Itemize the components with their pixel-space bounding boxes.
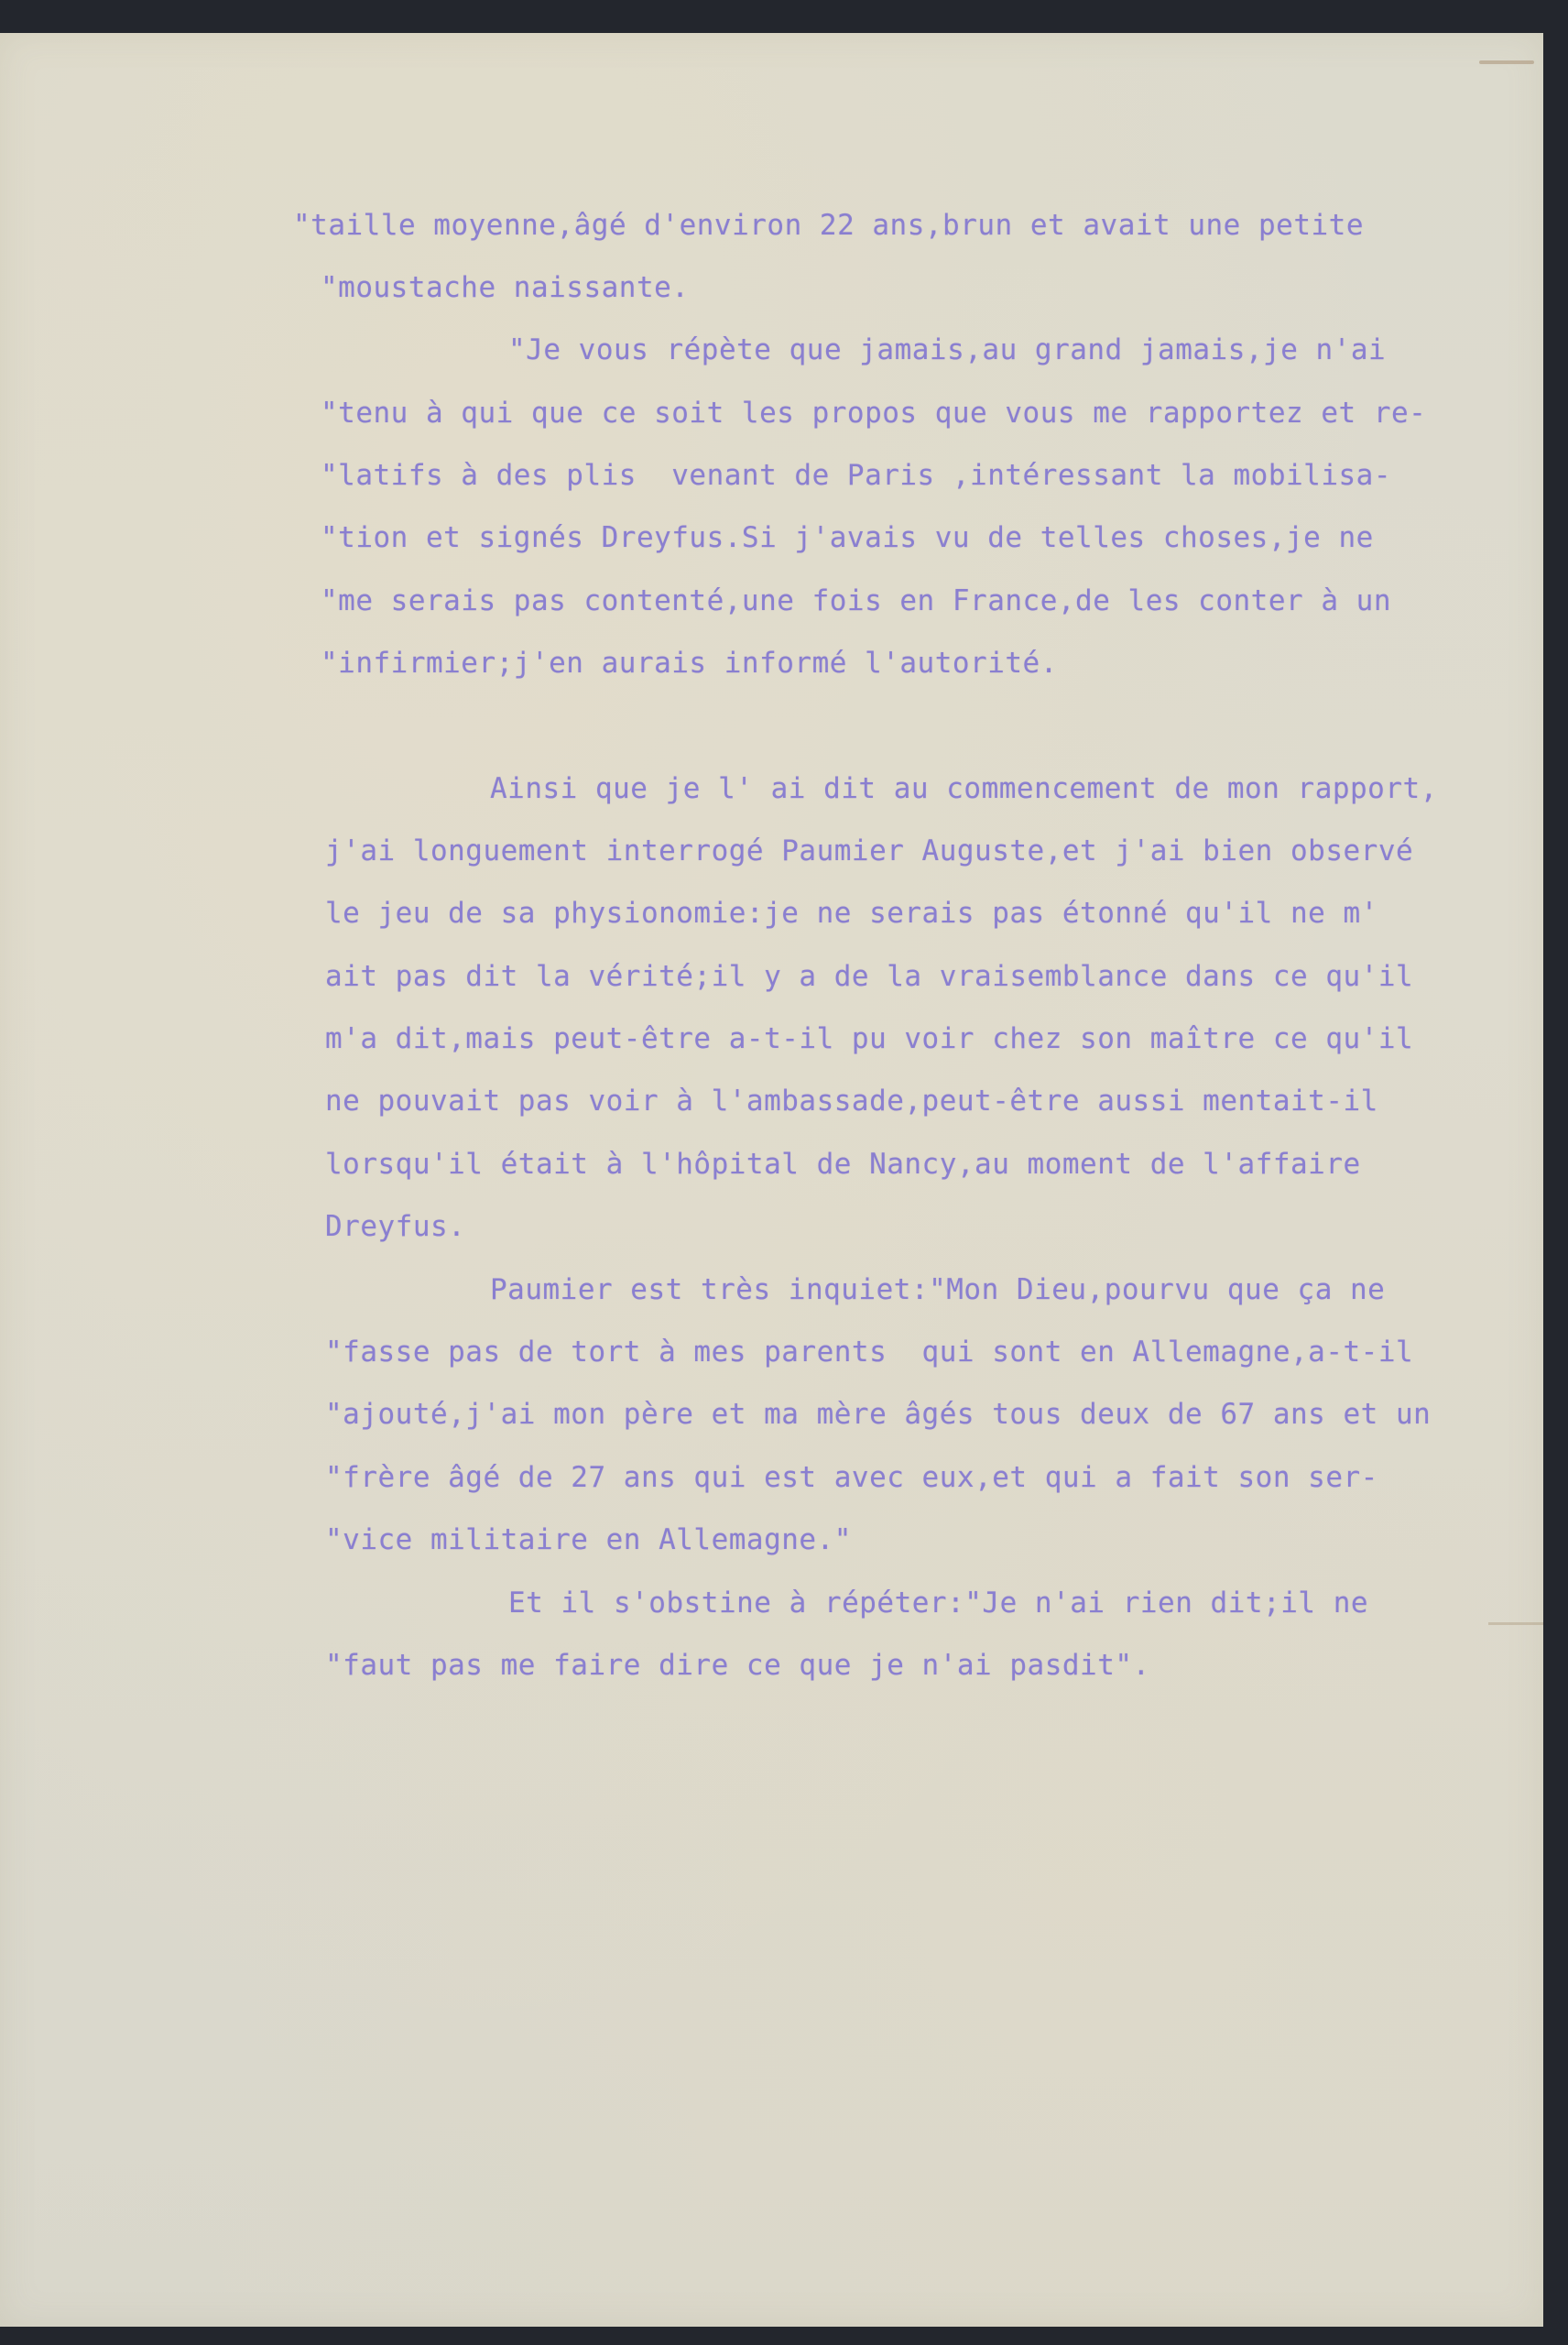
text-line: "Je vous répète que jamais,au grand jama… bbox=[508, 332, 1386, 368]
text-line: "ajouté,j'ai mon père et ma mère âgés to… bbox=[325, 1396, 1431, 1433]
text-line: Ainsi que je l' ai dit au commencement d… bbox=[490, 770, 1438, 807]
text-line: le jeu de sa physionomie:je ne serais pa… bbox=[325, 895, 1378, 932]
text-line: "vice militaire en Allemagne." bbox=[325, 1522, 852, 1558]
text-line: "faut pas me faire dire ce que je n'ai p… bbox=[325, 1647, 1150, 1684]
text-line: "frère âgé de 27 ans qui est avec eux,et… bbox=[325, 1459, 1378, 1496]
text-line: Paumier est très inquiet:"Mon Dieu,pourv… bbox=[490, 1271, 1385, 1308]
text-line: j'ai longuement interrogé Paumier August… bbox=[325, 833, 1413, 869]
text-line: lorsqu'il était à l'hôpital de Nancy,au … bbox=[325, 1146, 1361, 1183]
text-line: "tion et signés Dreyfus.Si j'avais vu de… bbox=[321, 519, 1374, 556]
text-line: m'a dit,mais peut-être a-t-il pu voir ch… bbox=[325, 1020, 1413, 1057]
text-line: ait pas dit la vérité;il y a de la vrais… bbox=[325, 958, 1413, 995]
text-line: "infirmier;j'en aurais informé l'autorit… bbox=[321, 645, 1058, 682]
paper-crease bbox=[1488, 1622, 1543, 1625]
paper-stain bbox=[1479, 60, 1534, 64]
text-line: ne pouvait pas voir à l'ambassade,peut-ê… bbox=[325, 1083, 1378, 1119]
text-line: Et il s'obstine à répéter:"Je n'ai rien … bbox=[508, 1585, 1368, 1621]
typewritten-page: "taille moyenne,âgé d'environ 22 ans,bru… bbox=[0, 33, 1543, 2327]
text-line: "latifs à des plis venant de Paris ,inté… bbox=[321, 457, 1391, 494]
text-line: Dreyfus. bbox=[325, 1208, 465, 1245]
text-line: "me serais pas contenté,une fois en Fran… bbox=[321, 583, 1391, 619]
text-line: "fasse pas de tort à mes parents qui son… bbox=[325, 1334, 1413, 1370]
text-line: "taille moyenne,âgé d'environ 22 ans,bru… bbox=[293, 207, 1364, 244]
text-line: "tenu à qui que ce soit les propos que v… bbox=[321, 395, 1426, 431]
text-line: "moustache naissante. bbox=[321, 269, 689, 306]
